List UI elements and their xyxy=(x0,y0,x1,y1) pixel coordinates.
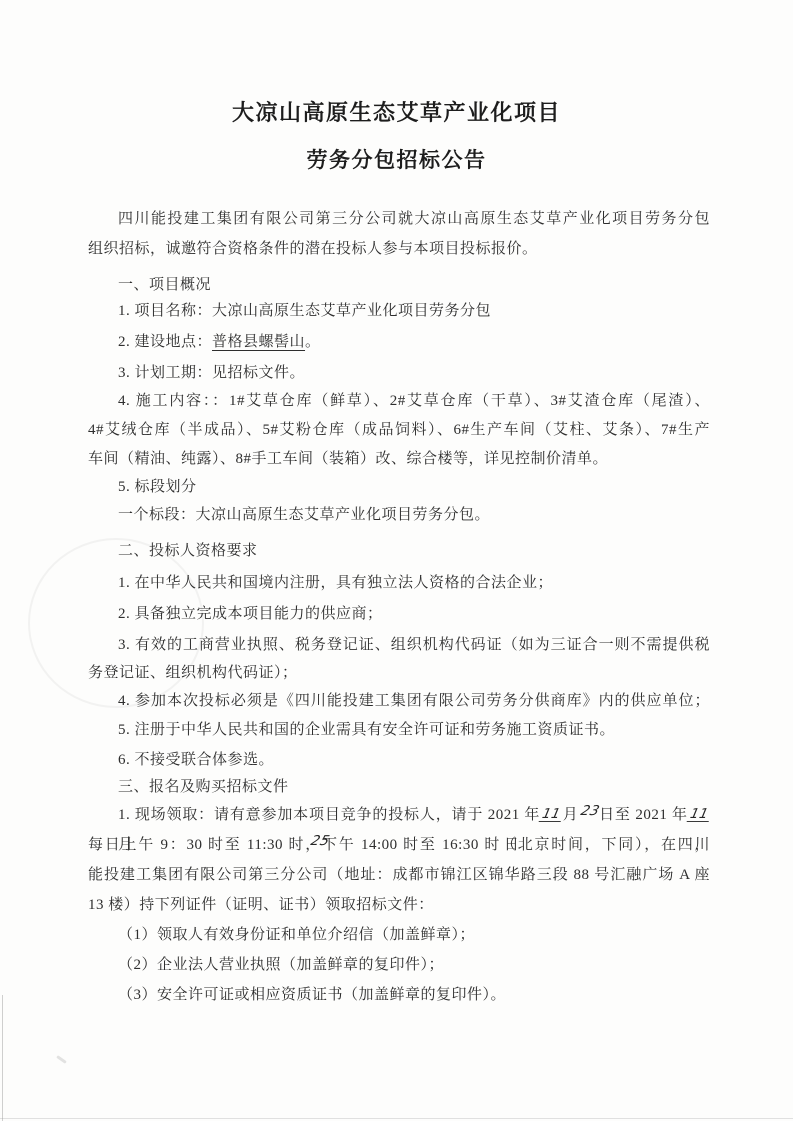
section3-item1-line-2: 每日上午 9：30 时至 11:30 时，下午 14:00 时至 16:30 时… xyxy=(88,830,710,860)
section3-item1-line-1: 1. 现场领取：请有意参加本项目竞争的投标人，请于 2021 年11月23日至 … xyxy=(118,800,710,830)
document-page: 大凉山高原生态艾草产业化项目 劳务分包招标公告 四川能投建工集团有限公司第三分公… xyxy=(0,0,793,1121)
section2-item6: 6. 不接受联合体参选。 xyxy=(118,745,274,775)
intro-line-1: 四川能投建工集团有限公司第三分公司就大凉山高原生态艾草产业化项目劳务分包 xyxy=(118,204,710,234)
section2-item4: 4. 参加本次投标必须是《四川能投建工集团有限公司劳务分供商库》内的供应单位； xyxy=(118,686,710,716)
section1-item4-scope-line-1: 4. 施工内容：：1#艾草仓库（鲜草）、2#艾草仓库（干草）、3#艾渣仓库（尾渣… xyxy=(118,386,710,416)
section3-sub-item-1: （1）领取人有效身份证和单位介绍信（加盖鲜章）； xyxy=(118,920,475,950)
doc-title-line-1: 大凉山高原生态艾草产业化项目 xyxy=(0,96,793,130)
section1-item5-lots-heading: 5. 标段划分 xyxy=(118,472,197,502)
section1-item1-project-name: 1. 项目名称：大凉山高原生态艾草产业化项目劳务分包 xyxy=(118,296,491,326)
section2-heading: 二、投标人资格要求 xyxy=(118,536,258,566)
handwritten-month-2: 11 xyxy=(686,807,711,822)
section1-item3-schedule: 3. 计划工期：见招标文件。 xyxy=(118,358,305,388)
intro-line-2: 组织招标，诚邀符合资格条件的潜在投标人参与本项目投标报价。 xyxy=(88,234,538,264)
doc-title-line-2: 劳务分包招标公告 xyxy=(0,144,793,178)
month-char-1: 月 xyxy=(562,807,578,823)
section2-item3-line-1: 3. 有效的工商营业执照、税务登记证、组织机构代码证（如为三证合一则不需提供税 xyxy=(118,630,710,660)
section2-item1: 1. 在中华人民共和国境内注册，具有独立法人资格的合法企业； xyxy=(118,568,553,598)
scan-smudge xyxy=(56,1055,67,1064)
section3-heading: 三、报名及购买招标文件 xyxy=(118,772,289,802)
section2-item5: 5. 注册于中华人民共和国的企业需具有安全许可证和劳务施工资质证书。 xyxy=(118,715,615,745)
scan-edge-left xyxy=(2,995,3,1121)
section1-item5-lots-desc: 一个标段：大凉山高原生态艾草产业化项目劳务分包。 xyxy=(118,500,490,530)
handwritten-day-1: 23 xyxy=(578,804,602,818)
location-period: 。 xyxy=(305,334,321,350)
section3-item1-line-3: 能投建工集团有限公司第三分公司（地址：成都市锦江区锦华路三段 88 号汇融广场 … xyxy=(88,860,710,890)
pickup-text-between: 日至 2021 年 xyxy=(599,807,688,823)
section3-sub-item-3: （3）安全许可证或相应资质证书（加盖鲜章的复印件）。 xyxy=(118,980,506,1010)
section3-sub-item-2: （2）企业法人营业执照（加盖鲜章的复印件）； xyxy=(118,950,444,980)
section2-item2: 2. 具备独立完成本项目能力的供应商； xyxy=(118,599,383,629)
section1-item4-scope-line-3: 车间（精油、纯露）、8#手工车间（装箱）改、综合楼等，详见控制价清单。 xyxy=(88,444,608,474)
location-label: 2. 建设地点： xyxy=(118,334,212,350)
section2-item3-line-2: 务登记证、组织机构代码证）； xyxy=(88,658,298,688)
section3-item1-line-4: 13 楼）持下列证件（证明、证书）领取招标文件： xyxy=(88,890,434,920)
section1-item2-location: 2. 建设地点：普格县螺髻山。 xyxy=(118,327,321,357)
location-value-underlined: 普格县螺髻山 xyxy=(212,334,305,350)
pickup-text-prefix: 1. 现场领取：请有意参加本项目竞争的投标人，请于 2021 年 xyxy=(118,807,540,823)
scan-edge-bottom xyxy=(0,1118,793,1119)
section1-item4-scope-line-2: 4#艾绒仓库（半成品）、5#艾粉仓库（成品饲料）、6#生产车间（艾柱、艾条）、7… xyxy=(88,415,710,445)
handwritten-month-1: 11 xyxy=(539,807,564,822)
